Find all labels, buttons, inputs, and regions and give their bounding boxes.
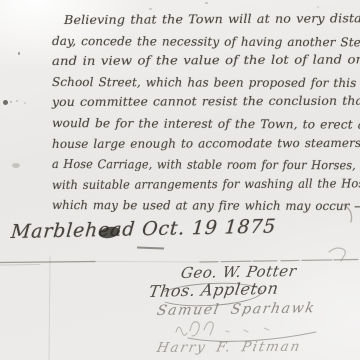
- scan-speck: [12, 163, 20, 168]
- body-line: with suitable arrangements for washing a…: [52, 173, 360, 195]
- pen-stray-mark: [329, 248, 345, 261]
- scan-speck: [317, 6, 319, 8]
- letter-body: Believing that the Town will at no very …: [52, 10, 360, 216]
- signature: Harry F. Pitman: [155, 339, 302, 356]
- dateline-underline: [137, 247, 164, 250]
- scanned-letter-page: Believing that the Town will at no very …: [0, 0, 360, 360]
- body-line: house large enough to accomodate two ste…: [52, 132, 360, 154]
- scan-speck: [10, 101, 12, 103]
- body-line: and in view of the value of the lot of l…: [52, 49, 360, 72]
- scan-speck: [16, 100, 18, 102]
- scan-speck: [149, 8, 152, 10]
- body-line: which may be used at any fire which may …: [52, 195, 360, 217]
- dateline: Marblehead Oct. 19 1875: [10, 215, 277, 243]
- scan-speck: [24, 102, 26, 104]
- scan-speck: [18, 52, 20, 55]
- body-line: Believing that the Town will at no very …: [64, 8, 360, 31]
- fold-crease-line: [0, 262, 95, 263]
- body-line: you committee cannot resist the conclusi…: [52, 91, 360, 113]
- scan-speck: [205, 2, 208, 4]
- signature: Thos. Appleton: [148, 279, 280, 301]
- scan-speck: [3, 100, 8, 105]
- signature: Samuel Sparhawk: [155, 300, 317, 319]
- vertical-crease-line: [49, 256, 50, 360]
